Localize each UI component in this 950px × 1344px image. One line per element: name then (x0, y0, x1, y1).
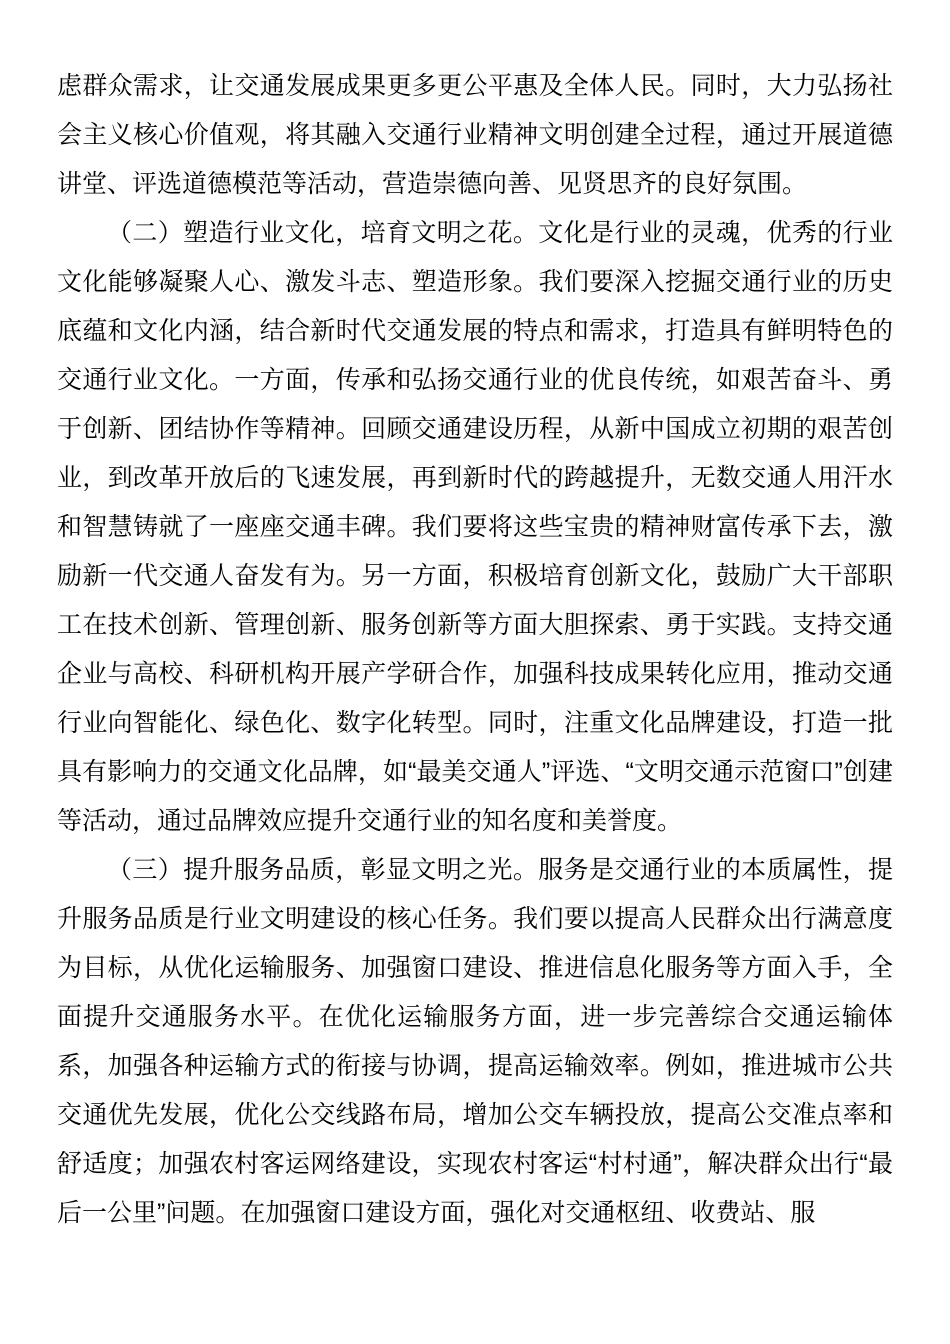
paragraph-section-2: （二）塑造行业文化，培育文明之花。文化是行业的灵魂，优秀的行业文化能够凝聚人心、… (57, 209, 893, 846)
document-page: 虑群众需求，让交通发展成果更多更公平惠及全体人民。同时，大力弘扬社会主义核心价值… (0, 0, 950, 1344)
paragraph-section-3: （三）提升服务品质，彰显文明之光。服务是交通行业的本质属性，提升服务品质是行业文… (57, 846, 893, 1238)
paragraph-continuation: 虑群众需求，让交通发展成果更多更公平惠及全体人民。同时，大力弘扬社会主义核心价值… (57, 62, 893, 209)
